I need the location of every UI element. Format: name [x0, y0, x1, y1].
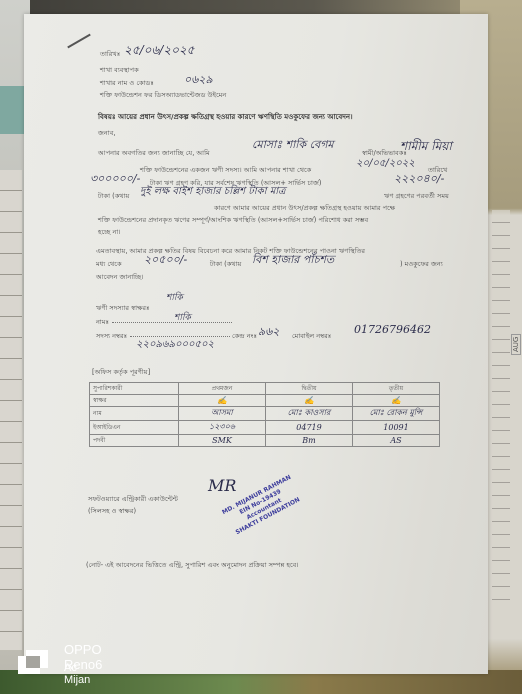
center-no: ৯৬২: [258, 323, 279, 342]
mobile-label: মোবাইল নম্বরঃ: [292, 330, 331, 342]
waiver-words: বিশ হাজার পাঁচশত: [252, 251, 334, 270]
table-row-designation: পদবী SMK Bm AS: [90, 435, 440, 447]
table-header-row: সুপারিশকারী প্রথমজন দ্বিতীয় তৃতীয়: [90, 383, 440, 395]
para2-line-3: আবেদন জানাচ্ছি।: [96, 271, 144, 283]
date-label: তারিখঃ: [100, 48, 120, 60]
guardian-name: শামীম মিয়া: [400, 138, 452, 158]
branch-code: ০৬২৯: [184, 71, 213, 90]
pen-mark: [67, 34, 91, 49]
recommendation-table: সুপারিশকারী প্রথমজন দ্বিতীয় তৃতীয় স্বা…: [89, 382, 440, 447]
body-line-7: হচ্ছে না।: [98, 226, 121, 238]
date-value: ২৫/০৬/২০২৫: [124, 42, 194, 62]
body-line-6: শক্তি ফাউন্ডেশনের প্রদানকৃত ঋণের সম্পূর্…: [98, 214, 368, 226]
accountant-label: সফটওয়্যারে এন্ট্রিকারী একাউন্টেন্ট: [88, 493, 178, 505]
outstanding-words: দুই লক্ষ বাইশ হাজার চল্লিশ টাকা মাত্র: [140, 184, 286, 201]
accountant-signature: MR: [208, 476, 236, 495]
words-label: টাকা (কথায়: [98, 190, 129, 202]
mobile-number: 01726796462: [354, 323, 431, 336]
branch-label: শাখার নাম ও কোডঃ: [100, 77, 154, 89]
table-row-ein: ইআইডিএন ১২৩০৬ 04719 10091: [90, 421, 440, 435]
borrower-signature-label: ঋণী সদস্যার স্বাক্ষরঃ: [96, 302, 150, 314]
body-line-5: কারণে আমার আয়ের প্রধান উৎস/প্রকল্প ক্ষত…: [214, 202, 395, 214]
watermark-owner: Ac Mijan: [64, 662, 90, 686]
applicant-name: মোসাঃ শাকি বেগম: [252, 136, 334, 155]
background-calendar-edge: [492, 210, 510, 610]
name-dotted-line: [112, 322, 232, 323]
office-section-title: [অফিস কর্তৃক পূরণীয়]: [92, 366, 150, 378]
table-row-signature: স্বাক্ষর ✍ ✍ ✍: [90, 395, 440, 407]
footer-note: (নোট- এই আবেদনের ভিত্তিতে এন্ট্রি, সুপার…: [86, 559, 299, 571]
signature-1: ✍: [217, 396, 227, 405]
signature-3: ✍: [391, 396, 401, 405]
outstanding-amount: ২২২০৪০/-: [394, 170, 444, 189]
table-row-name: নাম আসমা মোঃ কাওসার মোঃ রোকন মুন্সি: [90, 407, 440, 421]
body-line-4-suffix: ঋণ গ্রহণের পরবর্তী সময়: [384, 190, 449, 202]
center-label: কেন্দ্র নংঃ: [232, 330, 257, 342]
accountant-sub-label: (সিলসহ ও স্বাক্ষর): [88, 505, 136, 517]
recipient-title: শাখা ব্যবস্থাপক: [100, 64, 139, 76]
borrower-signature: শাকি: [166, 290, 183, 305]
salutation: জনাব,: [98, 127, 116, 139]
member-no: ২২০৯৬৯০০০৫০২: [136, 337, 214, 354]
loan-amount: ৩০০০০০/-: [90, 170, 140, 189]
subject-line: বিষয়ঃ আয়ের প্রধান উৎস/প্রকল্প ক্ষতিগ্র…: [98, 111, 353, 123]
para2-prefix: মধ্য থেকে: [96, 258, 122, 270]
signature-2: ✍: [304, 396, 314, 405]
calendar-month-label: AUG: [511, 334, 521, 355]
body-line-2: শক্তি ফাউন্ডেশনের একজন ঋণী সদস্য। আমি আপ…: [140, 164, 311, 176]
organization-name: শক্তি ফাউন্ডেশন ফর ডিসঅ্যাডভান্টেজড উইমে…: [100, 89, 226, 101]
member-no-label: সদস্য নম্বরঃ: [96, 330, 127, 342]
borrower-name-label: নামঃ: [96, 316, 109, 328]
borrower-name: শাকি: [174, 310, 191, 325]
body-line-1: আপনার অবগতির জন্য জানাচ্ছি যে, আমি: [98, 147, 210, 159]
waiver-suffix: ) মওকুফের জন্য: [400, 258, 443, 270]
waiver-taka-label: টাকা (কথায়: [210, 258, 241, 270]
camera-brand-icon: [18, 650, 48, 674]
waiver-amount: ২০৫০০/-: [144, 251, 187, 270]
